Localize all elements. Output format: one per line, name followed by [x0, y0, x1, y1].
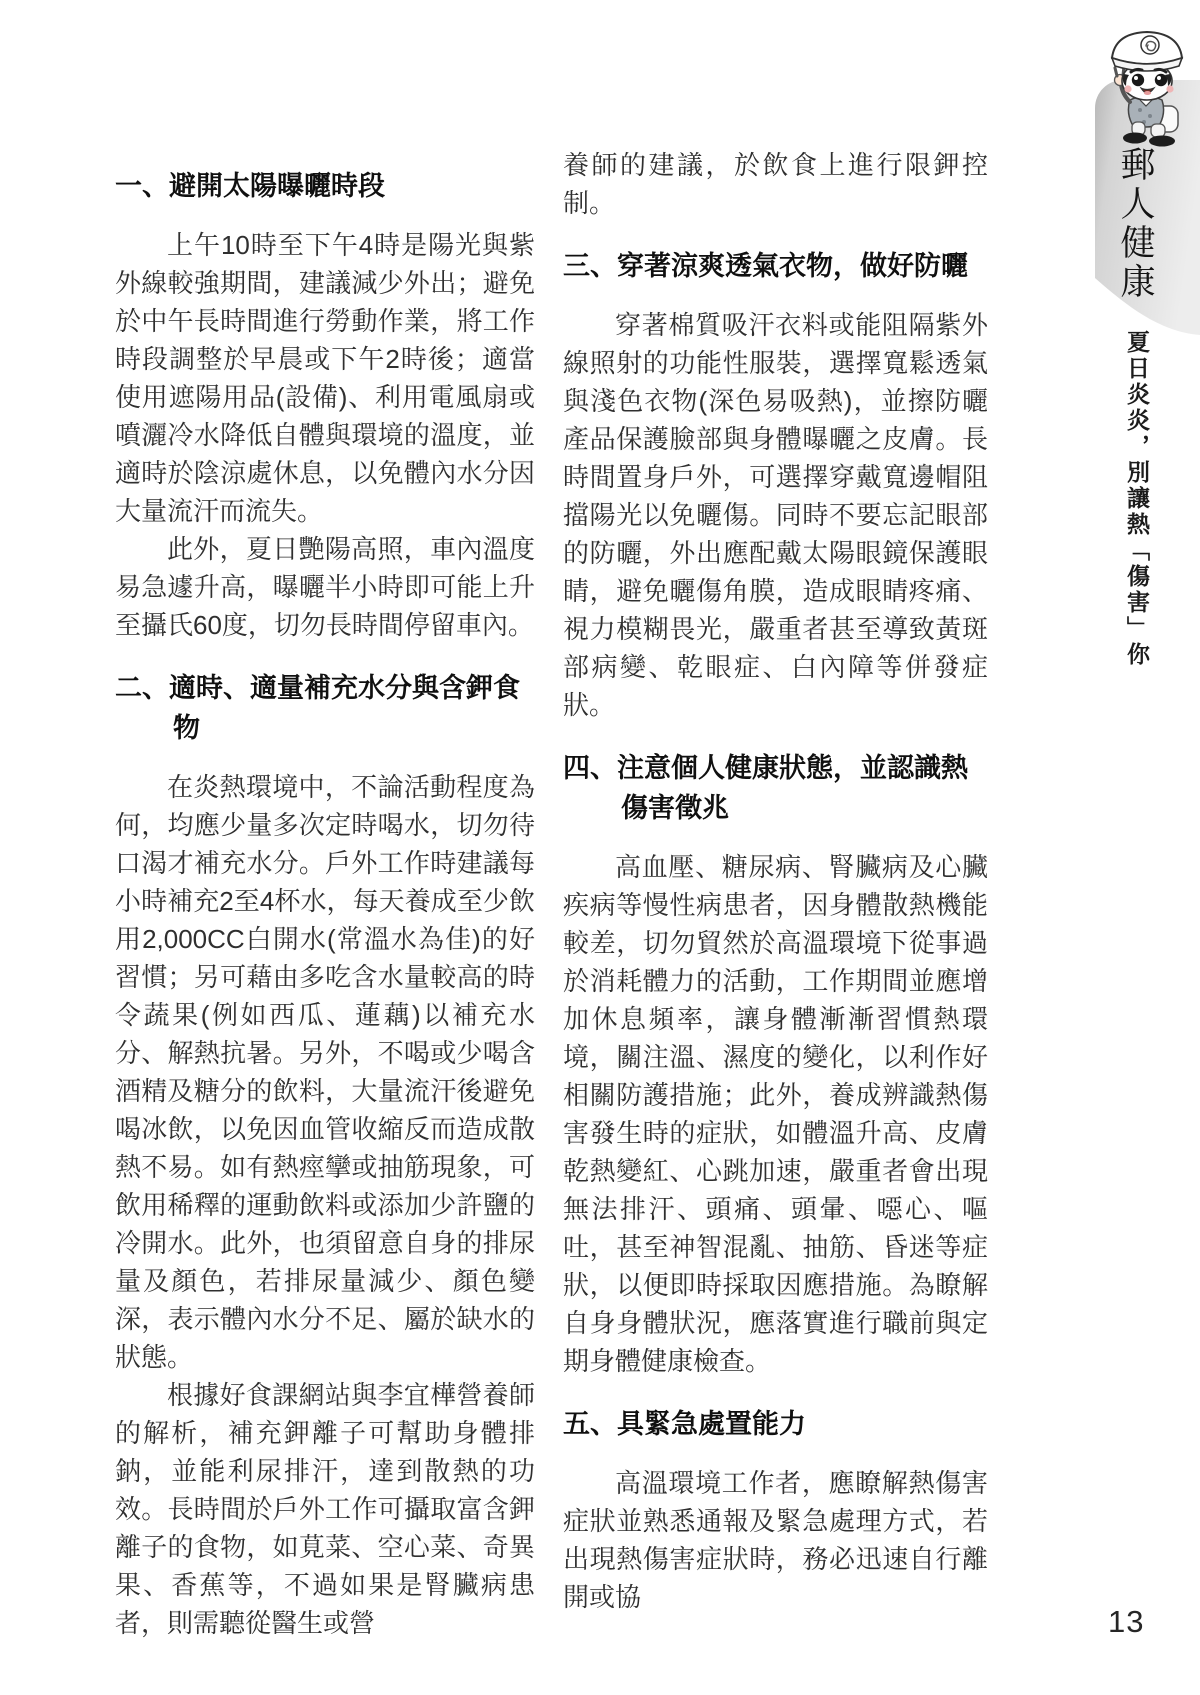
section-heading-3: 三、穿著涼爽透氣衣物，做好防曬: [563, 246, 988, 286]
column-title-vertical: 郵人健康: [1110, 146, 1160, 302]
postal-mascot-icon: [1096, 24, 1196, 148]
column-tagline-vertical: 夏日炎炎，別讓熱「傷害」你: [1121, 330, 1154, 668]
page-number: 13: [1108, 1604, 1144, 1640]
paragraph-health-awareness: 高血壓、糖尿病、腎臟病及心臟疾病等慢性病患者，因身體散熱機能較差，切勿貿然於高溫…: [563, 848, 988, 1380]
magazine-page: 一、避開太陽曝曬時段 上午10時至下午4時是陽光與紫外線較強期間，建議減少外出；…: [0, 0, 1200, 1695]
paragraph-potassium: 根據好食課網站與李宜樺營養師的解析，補充鉀離子可幫助身體排鈉，並能利尿排汗，達到…: [115, 1376, 535, 1642]
paragraph-sun-avoidance: 上午10時至下午4時是陽光與紫外線較強期間，建議減少外出；避免於中午長時間進行勞…: [115, 226, 535, 530]
section-heading-1: 一、避開太陽曝曬時段: [115, 166, 535, 206]
paragraph-emergency-response: 高溫環境工作者，應瞭解熱傷害症狀並熟悉通報及緊急處理方式，若出現熱傷害症狀時，務…: [563, 1464, 988, 1616]
section-heading-4: 四、注意個人健康狀態，並認識熱傷害徵兆: [563, 748, 988, 828]
section-heading-2: 二、適時、適量補充水分與含鉀食物: [115, 668, 535, 748]
paragraph-potassium-continued: 養師的建議，於飲食上進行限鉀控制。: [563, 146, 988, 222]
left-text-column: 一、避開太陽曝曬時段 上午10時至下午4時是陽光與紫外線較強期間，建議減少外出；…: [115, 150, 535, 1642]
right-text-column: 養師的建議，於飲食上進行限鉀控制。 三、穿著涼爽透氣衣物，做好防曬 穿著棉質吸汗…: [563, 146, 988, 1616]
paragraph-car-heat: 此外，夏日艷陽高照，車內溫度易急遽升高，曝曬半小時即可能上升至攝氏60度，切勿長…: [115, 530, 535, 644]
paragraph-hydration: 在炎熱環境中，不論活動程度為何，均應少量多次定時喝水，切勿待口渴才補充水分。戶外…: [115, 768, 535, 1376]
section-heading-5: 五、具緊急處置能力: [563, 1404, 988, 1444]
paragraph-clothing-sunscreen: 穿著棉質吸汗衣料或能阻隔紫外線照射的功能性服裝，選擇寬鬆透氣與淺色衣物(深色易吸…: [563, 306, 988, 724]
